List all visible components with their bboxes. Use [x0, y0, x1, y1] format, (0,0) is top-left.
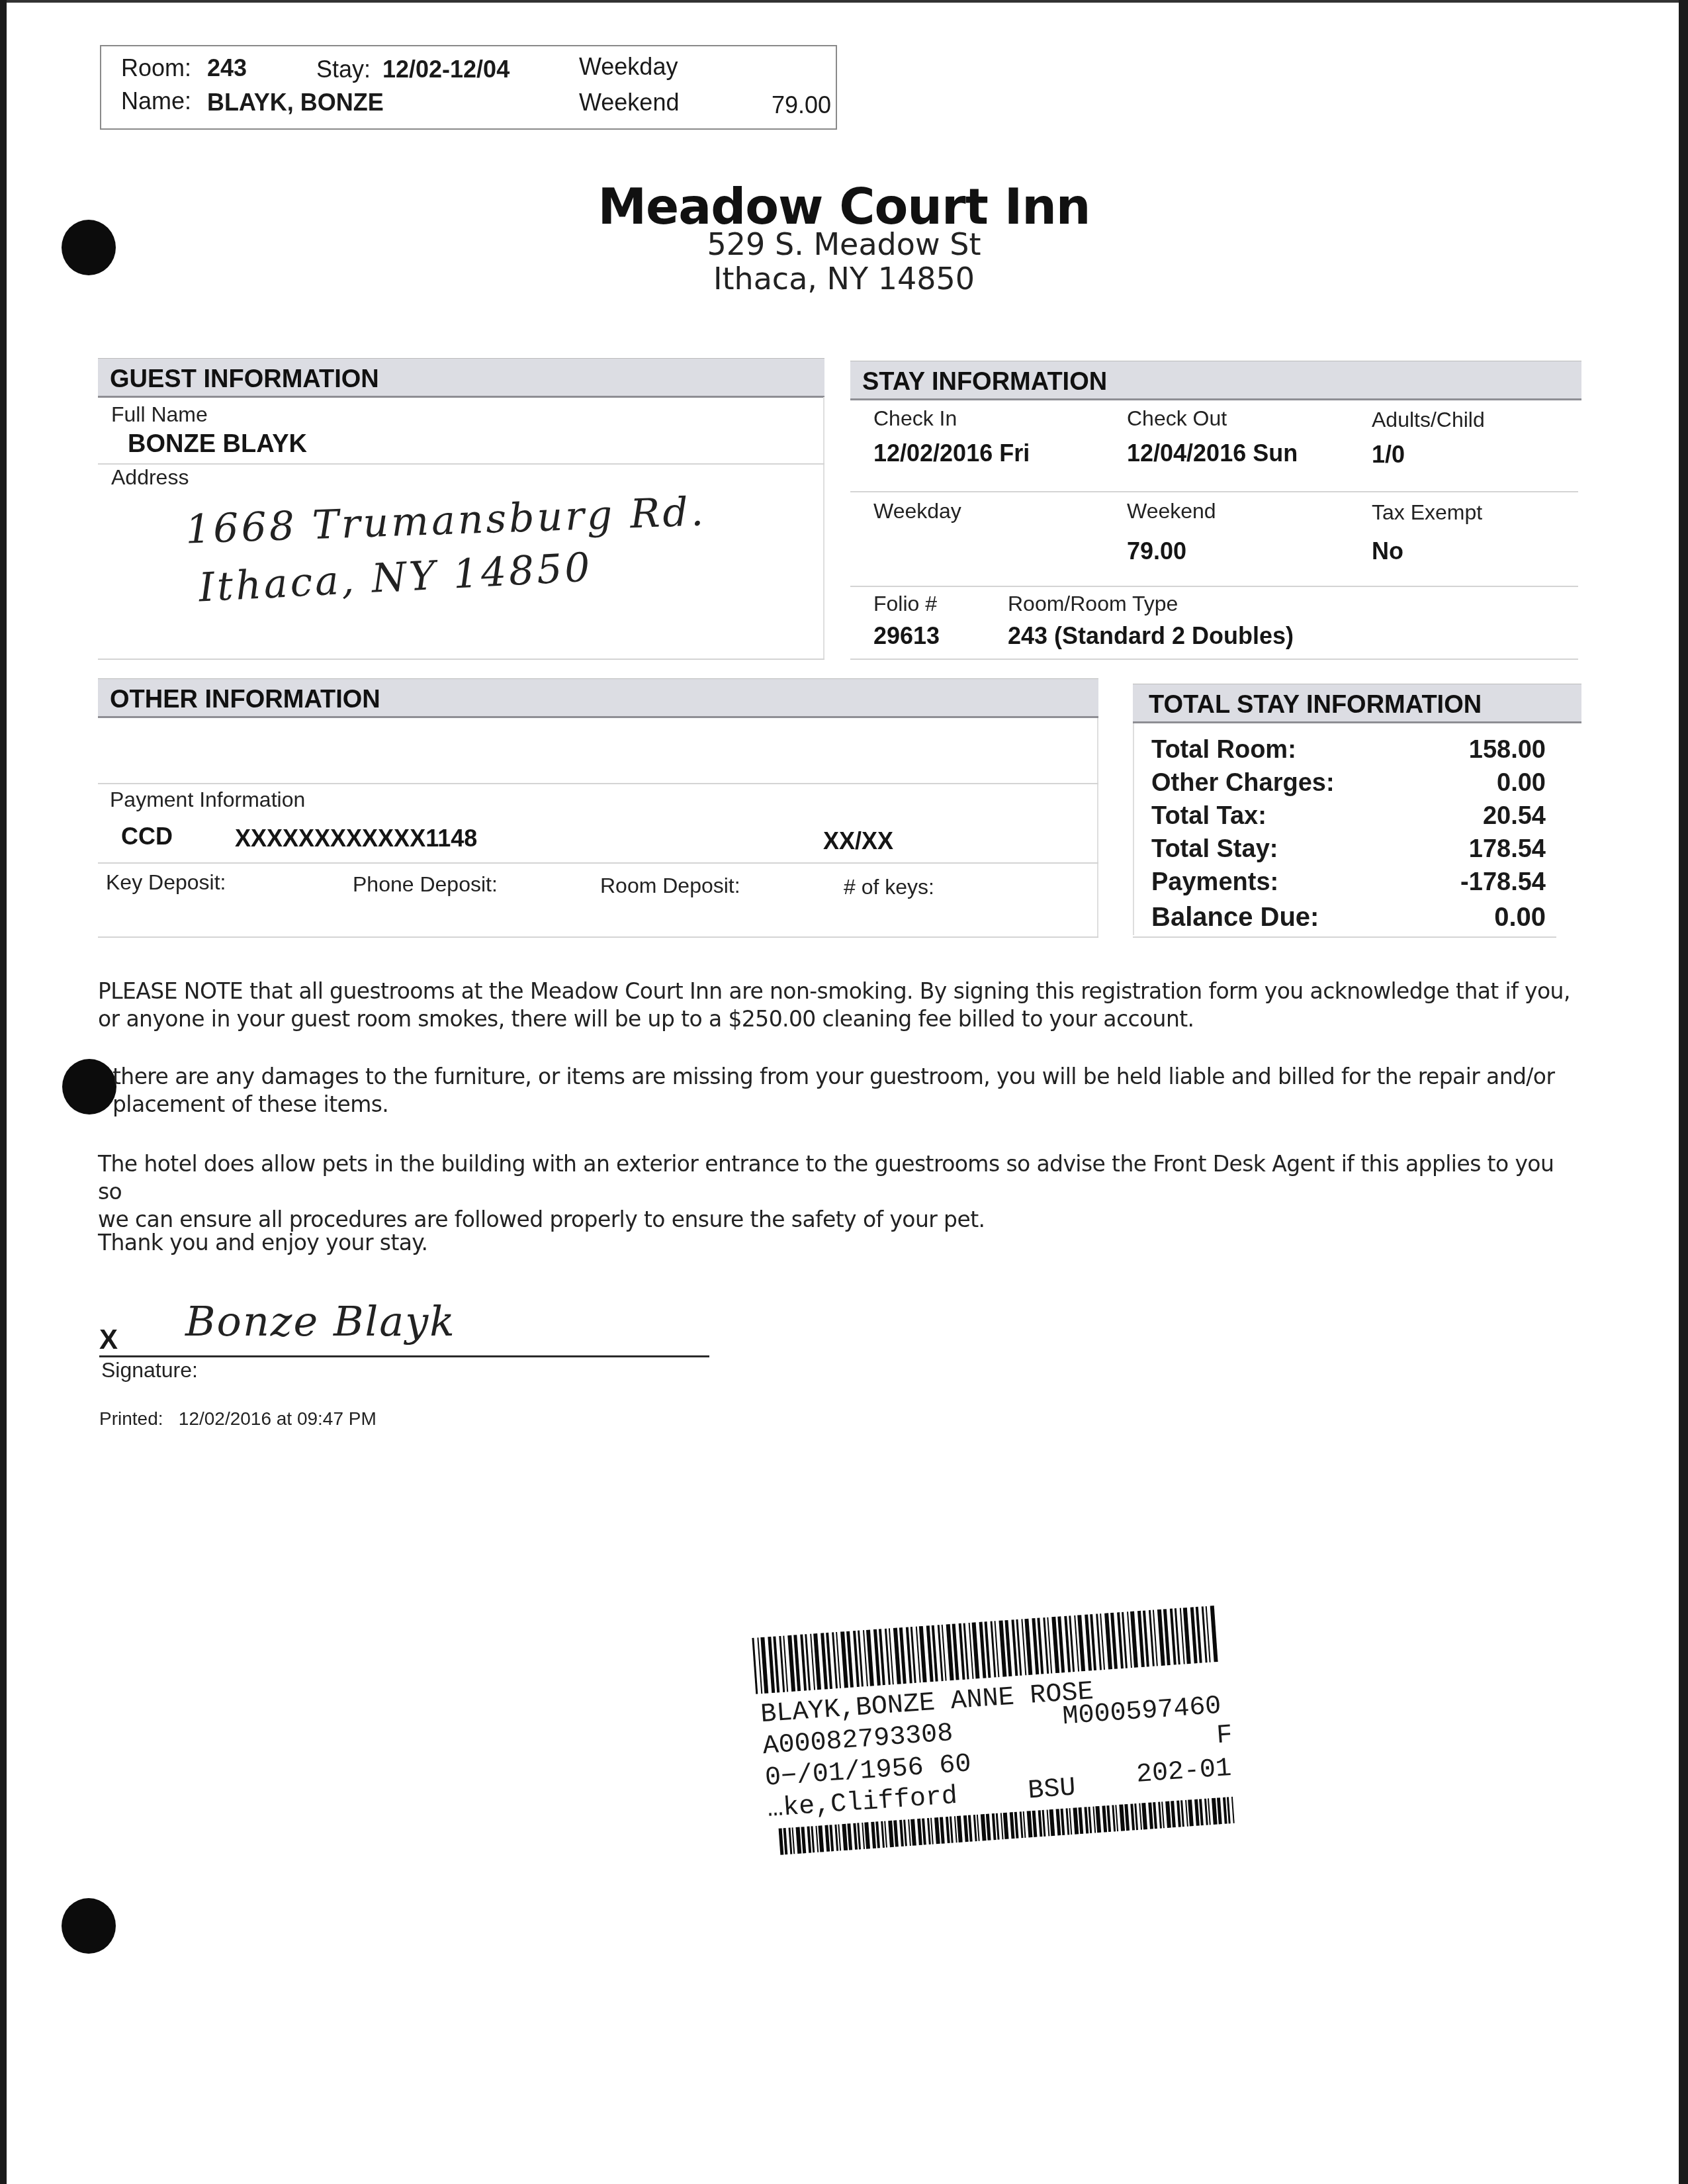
divider	[823, 397, 824, 659]
summary-weekend-label: Weekend	[579, 89, 679, 116]
room-value: 243	[207, 54, 247, 82]
damage-policy-line2: placement of these items.	[112, 1091, 1575, 1118]
name-value: BLAYK, BONZE	[207, 89, 384, 116]
printed-label: Printed:	[99, 1408, 163, 1429]
tax-exempt-label: Tax Exempt	[1372, 500, 1482, 525]
divider	[1133, 723, 1134, 935]
patient-barcode-label: BLAYK,BONZE ANNE ROSE M000597460 A000827…	[751, 1591, 1251, 1882]
divider	[1133, 936, 1556, 938]
total-room-value: 158.00	[1469, 736, 1546, 764]
divider	[98, 659, 824, 660]
total-tax-label: Total Tax:	[1151, 802, 1266, 831]
key-deposit-label: Key Deposit:	[106, 870, 226, 895]
other-charges-label: Other Charges:	[1151, 769, 1335, 797]
payments-label: Payments:	[1151, 868, 1278, 897]
total-stay-header: TOTAL STAY INFORMATION	[1133, 684, 1581, 723]
divider	[98, 936, 1098, 938]
signature-line	[99, 1355, 709, 1357]
signature-handwritten: Bonze Blayk	[185, 1297, 456, 1345]
address-label: Address	[111, 465, 189, 490]
label-sex: F	[1216, 1721, 1233, 1752]
smoking-policy: PLEASE NOTE that all guestrooms at the M…	[98, 978, 1574, 1033]
pet-policy: The hotel does allow pets in the buildin…	[98, 1150, 1574, 1234]
signature-x-mark: X	[99, 1324, 118, 1355]
summary-weekday-label: Weekday	[579, 53, 678, 81]
barcode-top	[752, 1606, 1220, 1694]
divider	[98, 463, 824, 465]
name-label: Name:	[121, 87, 191, 115]
divider	[850, 586, 1578, 587]
full-name-label: Full Name	[111, 402, 208, 427]
tax-exempt-value: No	[1372, 537, 1403, 565]
room-type-value: 243 (Standard 2 Doubles)	[1008, 622, 1294, 650]
divider	[1097, 718, 1098, 936]
check-out-label: Check Out	[1127, 406, 1227, 431]
divider	[850, 659, 1578, 660]
hotel-city: Ithaca, NY 14850	[0, 261, 1688, 296]
thank-you-note: Thank you and enjoy your stay.	[98, 1229, 1574, 1257]
printed-value: 12/02/2016 at 09:47 PM	[179, 1408, 377, 1429]
total-room-label: Total Room:	[1151, 736, 1296, 764]
folio-value: 29613	[873, 622, 940, 650]
divider	[850, 491, 1578, 492]
room-label: Room:	[121, 54, 191, 82]
address-line2-handwritten: Ithaca, NY 14850	[198, 544, 594, 611]
signature-label: Signature:	[101, 1358, 198, 1383]
room-deposit-label: Room Deposit:	[600, 874, 740, 898]
hotel-street: 529 S. Meadow St	[0, 226, 1688, 262]
check-out-value: 12/04/2016 Sun	[1127, 439, 1298, 467]
page-edge-right	[1679, 0, 1688, 2184]
balance-due-value: 0.00	[1494, 903, 1546, 933]
stay-information-header: STAY INFORMATION	[850, 361, 1581, 400]
summary-box: Room: 243 Stay: 12/02-12/04 Weekday Name…	[100, 45, 837, 130]
total-stay-label: Total Stay:	[1151, 835, 1278, 864]
room-type-label: Room/Room Type	[1008, 592, 1178, 616]
check-in-value: 12/02/2016 Fri	[873, 439, 1030, 467]
smoking-policy-line1: PLEASE NOTE that all guestrooms at the M…	[98, 978, 1574, 1005]
card-expiry: XX/XX	[823, 827, 893, 855]
adults-child-label: Adults/Child	[1372, 408, 1485, 432]
divider	[98, 862, 1098, 864]
printed-timestamp: Printed: 12/02/2016 at 09:47 PM	[99, 1408, 377, 1430]
weekend-value: 79.00	[1127, 537, 1186, 565]
guest-information-header: GUEST INFORMATION	[98, 358, 824, 398]
adults-child-value: 1/0	[1372, 441, 1405, 469]
divider	[98, 783, 1098, 784]
punch-hole-middle	[62, 1059, 116, 1115]
summary-weekend-value: 79.00	[772, 91, 831, 119]
payment-method: CCD	[121, 823, 173, 850]
label-unit: BSU	[1027, 1773, 1077, 1806]
balance-due-label: Balance Due:	[1151, 903, 1319, 933]
stay-label: Stay:	[316, 56, 371, 83]
punch-hole-bottom	[62, 1898, 116, 1954]
folio-label: Folio #	[873, 592, 937, 616]
check-in-label: Check In	[873, 406, 957, 431]
address-line1-handwritten: 1668 Trumansburg Rd.	[185, 488, 707, 553]
total-tax-value: 20.54	[1483, 802, 1546, 831]
other-charges-value: 0.00	[1497, 769, 1546, 797]
payment-information-label: Payment Information	[110, 788, 305, 812]
damage-policy-line1: there are any damages to the furniture, …	[112, 1063, 1575, 1091]
weekday-label: Weekday	[873, 499, 961, 523]
weekend-label: Weekend	[1127, 499, 1216, 523]
payments-value: -178.54	[1460, 868, 1546, 897]
stay-value: 12/02-12/04	[382, 56, 510, 83]
label-room: 202-01	[1135, 1754, 1233, 1790]
num-keys-label: # of keys:	[844, 875, 934, 899]
page-edge-top	[0, 0, 1688, 3]
pet-policy-line1: The hotel does allow pets in the buildin…	[98, 1150, 1574, 1206]
page-edge-left	[0, 0, 7, 2184]
card-number: XXXXXXXXXXXX1148	[235, 825, 477, 852]
damage-policy: there are any damages to the furniture, …	[112, 1063, 1575, 1118]
total-stay-value: 178.54	[1469, 835, 1546, 864]
smoking-policy-line2: or anyone in your guest room smokes, the…	[98, 1005, 1574, 1033]
full-name-value: BONZE BLAYK	[128, 430, 307, 459]
phone-deposit-label: Phone Deposit:	[353, 872, 498, 897]
other-information-header: OTHER INFORMATION	[98, 678, 1098, 718]
